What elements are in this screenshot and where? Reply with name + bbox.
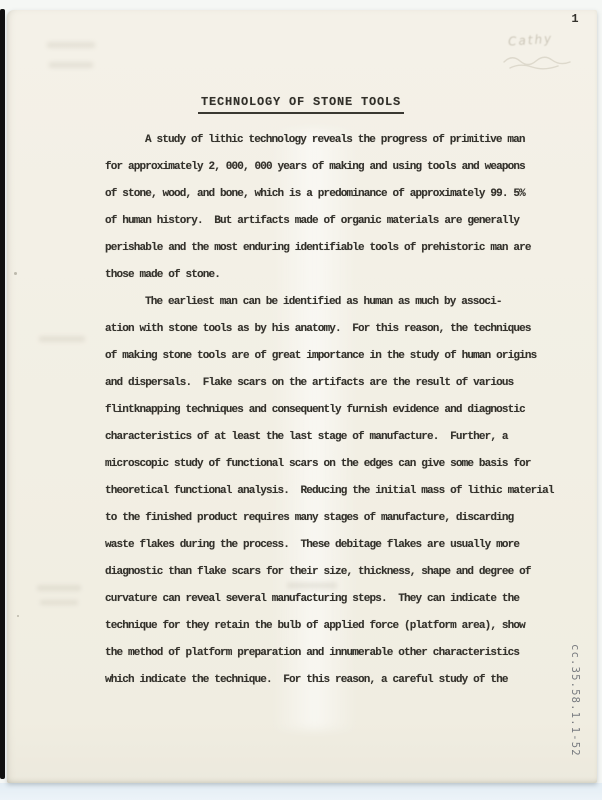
document-title: TECHNOLOGY OF STONE TOOLS (0, 92, 602, 114)
paper-speck (17, 615, 19, 617)
text-line: characteristics of at least the last sta… (105, 424, 565, 451)
pencil-scribble (500, 50, 580, 72)
text-line: waste flakes during the process. These d… (105, 532, 565, 559)
text-line: to the finished product requires many st… (105, 505, 565, 532)
text-line: the method of platform preparation and i… (105, 640, 565, 667)
bleed-through-smudge (47, 42, 95, 48)
text-line: perishable and the most enduring identif… (105, 235, 565, 262)
bleed-through-smudge (49, 62, 93, 68)
text-line: for approximately 2, 000, 000 years of m… (105, 154, 565, 181)
text-line: of stone, wood, and bone, which is a pre… (105, 181, 565, 208)
text-line: of making stone tools are of great impor… (105, 343, 565, 370)
text-line: curvature can reveal several manufacturi… (105, 586, 565, 613)
scanned-document-page: 1 Cathy TECHNOLOGY OF STONE TOOLS A stud… (0, 0, 602, 800)
bleed-through-smudge (39, 336, 85, 342)
text-line: microscopic study of functional scars on… (105, 451, 565, 478)
scanner-bed-strip (0, 783, 602, 800)
bleed-through-smudge (40, 600, 78, 605)
paper-speck (14, 272, 17, 275)
text-line: and dispersals. Flake scars on the artif… (105, 370, 565, 397)
text-line: diagnostic than flake scars for their si… (105, 559, 565, 586)
text-line: which indicate the technique. For this r… (105, 667, 565, 694)
catalog-number: cc.35.58.1.1-52 (567, 644, 581, 764)
document-body: A study of lithic technology reveals the… (105, 127, 565, 694)
scan-edge-shadow (0, 9, 5, 779)
text-line: flintknapping techniques and consequentl… (105, 397, 565, 424)
text-line: The earliest man can be identified as hu… (105, 289, 565, 316)
text-line: of human history. But artifacts made of … (105, 208, 565, 235)
text-line: A study of lithic technology reveals the… (105, 127, 565, 154)
text-line: those made of stone. (105, 262, 565, 289)
text-line: theoretical functional analysis. Reducin… (105, 478, 565, 505)
text-line: ation with stone tools as by his anatomy… (105, 316, 565, 343)
text-line: technique for they retain the bulb of ap… (105, 613, 565, 640)
document-title-text: TECHNOLOGY OF STONE TOOLS (198, 95, 404, 114)
page-number: 1 (560, 12, 590, 26)
bleed-through-smudge (37, 585, 81, 591)
